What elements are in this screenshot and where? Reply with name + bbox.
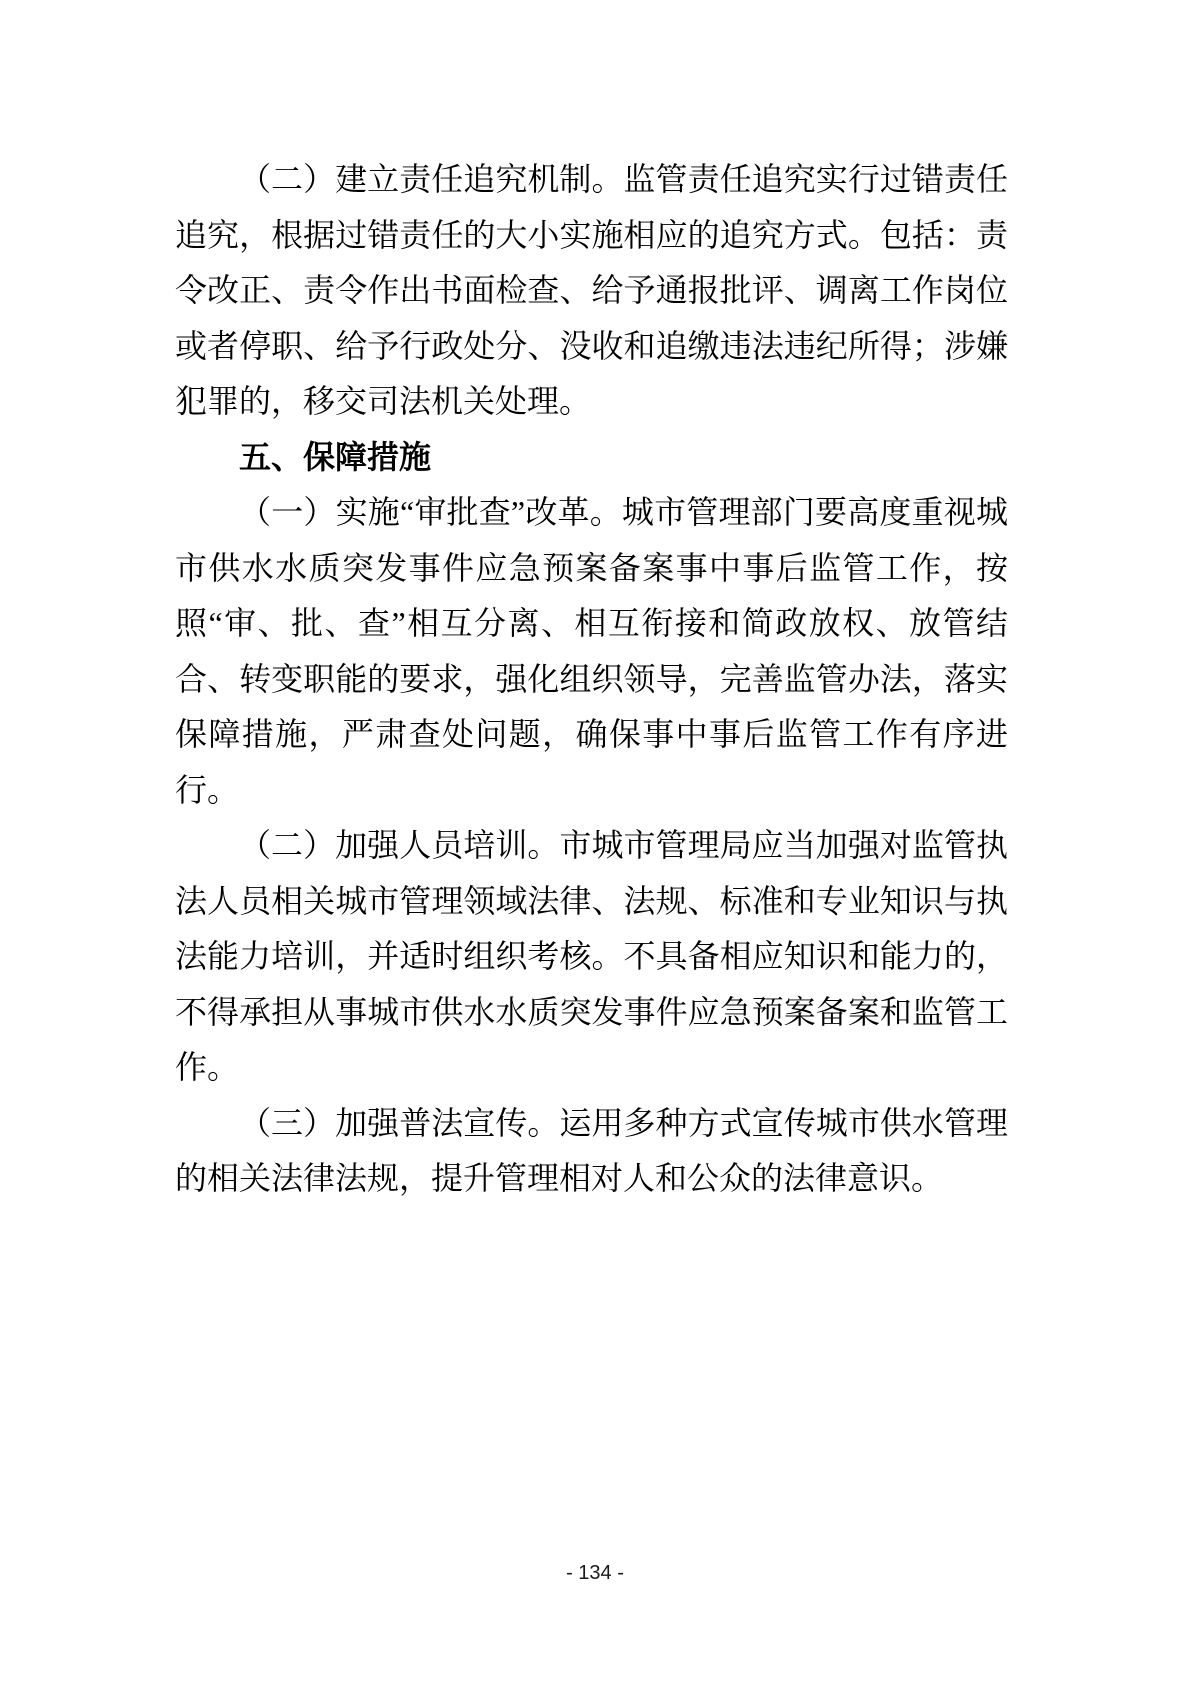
paragraph-personnel-training: （二）加强人员培训。市城市管理局应当加强对监管执法人员相关城市管理领域法律、法规… [175,818,1008,1096]
paragraph-law-publicity: （三）加强普法宣传。运用多种方式宣传城市供水管理的相关法律法规，提升管理相对人和… [175,1096,1008,1207]
section-heading-safeguard-measures: 五、保障措施 [175,430,1008,486]
paragraph-shenpicha-reform: （一）实施“审批查”改革。城市管理部门要高度重视城市供水水质突发事件应急预案备案… [175,485,1008,818]
page-number: - 134 - [0,1560,1190,1586]
document-page: （二）建立责任追究机制。监管责任追究实行过错责任追究，根据过错责任的大小实施相应… [0,0,1190,1683]
document-body: （二）建立责任追究机制。监管责任追究实行过错责任追究，根据过错责任的大小实施相应… [175,152,1008,1207]
paragraph-accountability-mechanism: （二）建立责任追究机制。监管责任追究实行过错责任追究，根据过错责任的大小实施相应… [175,152,1008,430]
